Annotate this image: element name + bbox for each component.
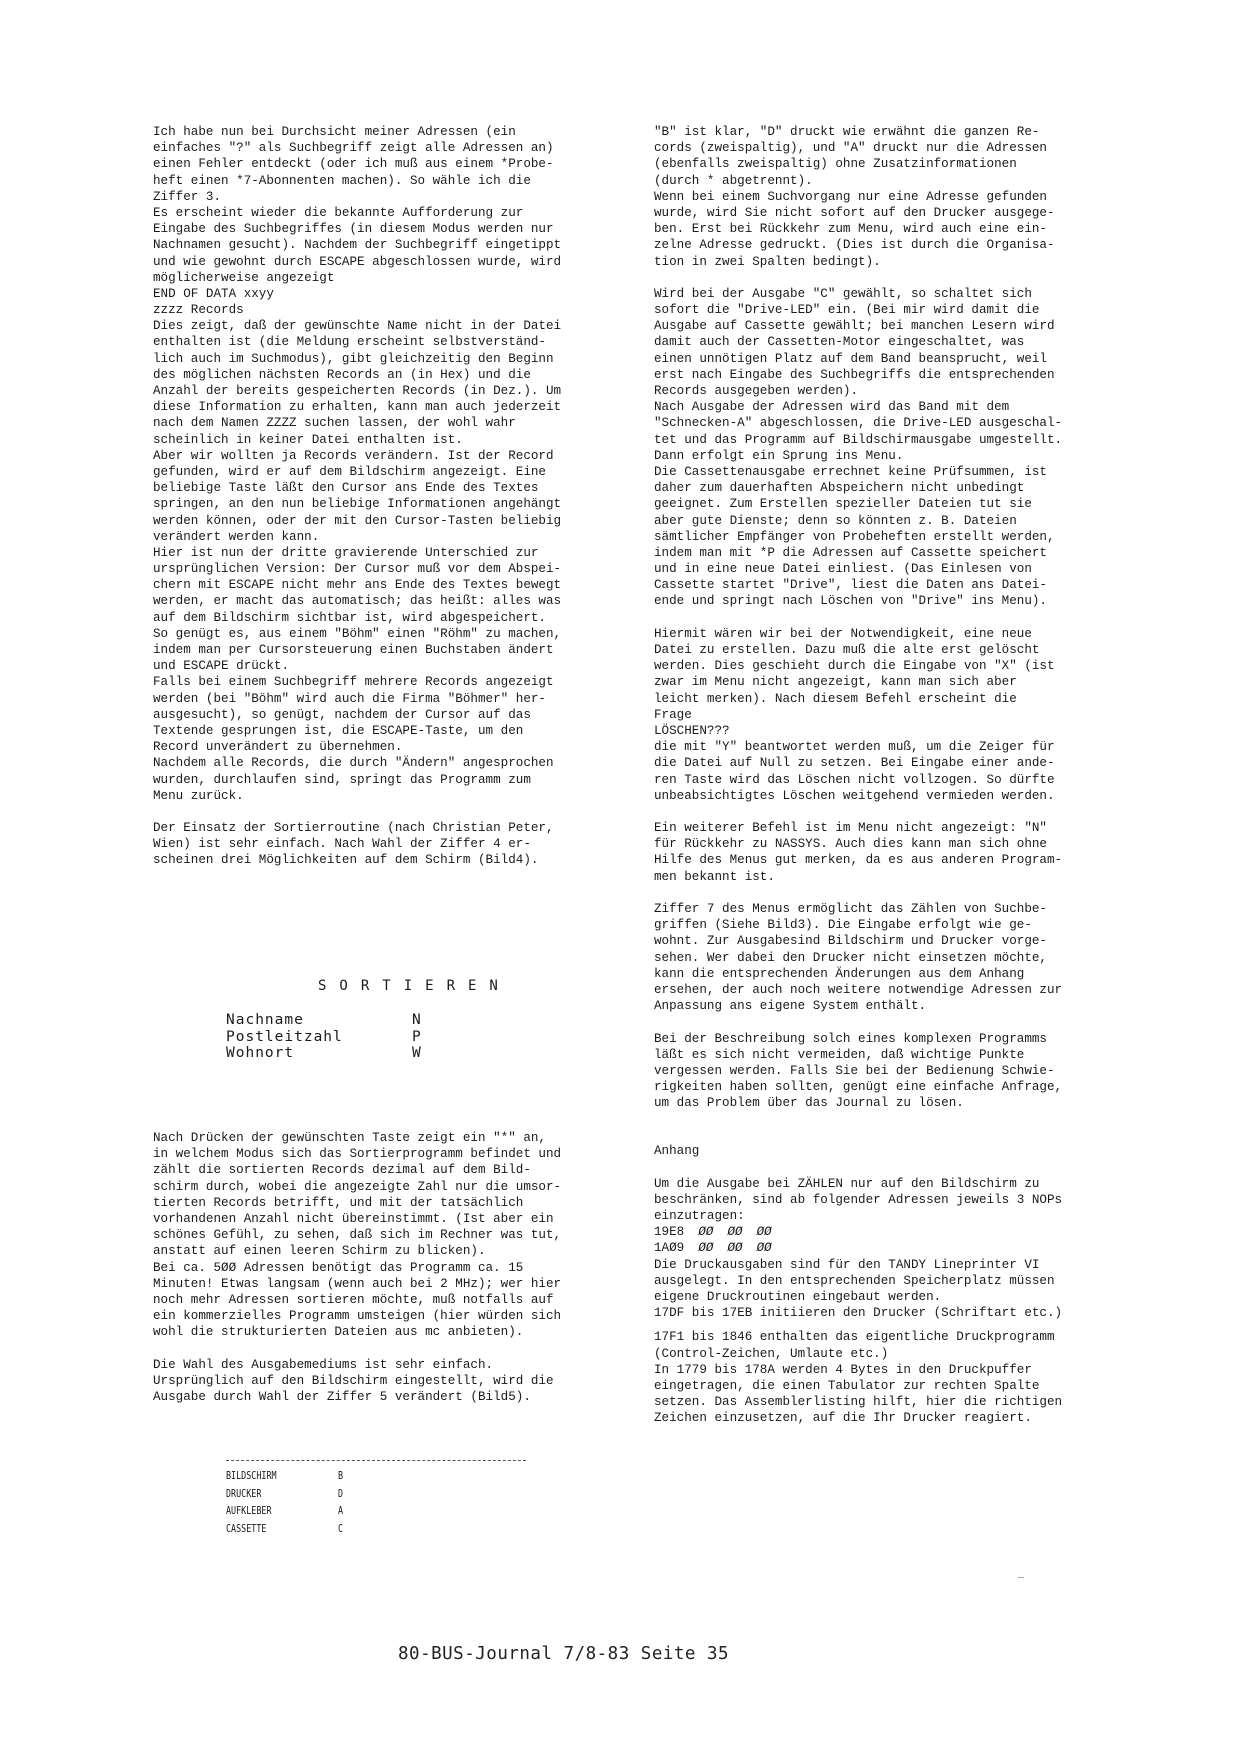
text-line: Dann erfolgt ein Sprung ins Menu. — [654, 448, 1094, 464]
text-line: In 1779 bis 178A werden 4 Bytes in den D… — [654, 1362, 1094, 1378]
text-line: auf dem Bildschirm sichtbar ist, wird ab… — [153, 610, 593, 626]
hex-address: 1AØ9 — [654, 1240, 684, 1256]
text-line: (durch * abgetrennt). — [654, 173, 1094, 189]
text-line: Aber wir wollten ja Records verändern. I… — [153, 448, 593, 464]
text-line: werden, er macht das automatisch; das he… — [153, 593, 593, 609]
sort-option-label: Postleitzahl — [226, 1029, 412, 1046]
sort-screen-menu: Nachname N Postleitzahl P Wohnort W — [226, 1012, 421, 1062]
text-line: Wien) ist sehr einfach. Nach Wahl der Zi… — [153, 836, 593, 852]
text-line: damit auch der Cassetten-Motor eingescha… — [654, 334, 1094, 350]
sort-screen-title: SORTIEREN — [318, 978, 511, 994]
hex-byte: ØØ — [756, 1240, 771, 1256]
text-line: ein kommerzielles Programm umsteigen (hi… — [153, 1308, 593, 1324]
page-footer: 80-BUS-Journal 7/8-83 Seite 35 — [398, 1644, 729, 1664]
text-line: Hier ist nun der dritte gravierende Unte… — [153, 545, 593, 561]
text-line: vergessen werden. Falls Sie bei der Bedi… — [654, 1063, 1094, 1079]
text-line: So genügt es, aus einem "Böhm" einen "Rö… — [153, 626, 593, 642]
text-line: Zeichen einzusetzen, auf die Ihr Drucker… — [654, 1410, 1094, 1426]
text-line: ende und springt nach Löschen von "Drive… — [654, 593, 1094, 609]
text-line: Anzahl der bereits gespeicherten Records… — [153, 383, 593, 399]
text-line: setzen. Das Assemblerlisting hilft, hier… — [654, 1394, 1094, 1410]
text-line: zelne Adresse gedruckt. (Dies ist durch … — [654, 237, 1094, 253]
hex-byte: ØØ — [727, 1224, 742, 1240]
text-line: Minuten! Etwas langsam (wenn auch bei 2 … — [153, 1276, 593, 1292]
left-text-block-1: Ich habe nun bei Durchsicht meiner Adres… — [153, 124, 593, 869]
text-line: indem man per Cursorsteuerung einen Buch… — [153, 642, 593, 658]
output-option-cassette: CASSETTE C — [226, 1521, 343, 1539]
text-line: kann die entsprechenden Änderungen aus d… — [654, 966, 1094, 982]
text-line: werden. Dies geschieht durch die Eingabe… — [654, 658, 1094, 674]
sort-option-key: N — [412, 1012, 421, 1029]
hex-byte: ØØ — [756, 1224, 771, 1240]
text-line — [654, 885, 1094, 901]
text-line: einen Fehler entdeckt (oder ich muß aus … — [153, 156, 593, 172]
text-line: enthalten ist (die Meldung erscheint sel… — [153, 334, 593, 350]
text-line: Dies zeigt, daß der gewünschte Name nich… — [153, 318, 593, 334]
text-line: (ebenfalls zweispaltig) ohne Zusatzinfor… — [654, 156, 1094, 172]
text-line: eigene Druckroutinen eingebaut werden. — [654, 1289, 1094, 1305]
text-line: vorhandenen Anzahl nicht übereinstimmt. … — [153, 1211, 593, 1227]
text-line: Record unverändert zu übernehmen. — [153, 739, 593, 755]
text-line: beschränken, sind ab folgender Adressen … — [654, 1192, 1094, 1208]
text-line: läßt es sich nicht vermeiden, daß wichti… — [654, 1047, 1094, 1063]
sort-option-label: Wohnort — [226, 1045, 412, 1062]
text-line: Die Druckausgaben sind für den TANDY Lin… — [654, 1257, 1094, 1273]
text-line: werden können, oder der mit den Cursor-T… — [153, 513, 593, 529]
output-option-key: A — [338, 1503, 343, 1521]
hex-entry: 1AØ9 ØØ ØØ ØØ — [654, 1240, 1094, 1256]
output-option-key: C — [338, 1521, 343, 1539]
text-line: Hilfe des Menus gut merken, da es aus an… — [654, 852, 1094, 868]
output-option-key: D — [338, 1486, 343, 1504]
text-line: nach dem Namen ZZZZ suchen lassen, der w… — [153, 415, 593, 431]
text-line: Ein weiterer Befehl ist im Menu nicht an… — [654, 820, 1094, 836]
hex-byte: ØØ — [727, 1240, 742, 1256]
text-line: LÖSCHEN??? — [654, 723, 1094, 739]
hex-entry: 19E8 ØØ ØØ ØØ — [654, 1224, 1094, 1240]
text-line: zählt die sortierten Records dezimal auf… — [153, 1162, 593, 1178]
text-line: Ursprünglich auf den Bildschirm eingeste… — [153, 1373, 593, 1389]
text-line — [153, 804, 593, 820]
text-line: zzzz Records — [153, 302, 593, 318]
text-line: einen unnötigen Platz auf dem Band beans… — [654, 351, 1094, 367]
text-line: wurde, wird Sie nicht sofort auf den Dru… — [654, 205, 1094, 221]
text-line: Ziffer 3. — [153, 189, 593, 205]
text-line: des möglichen nächsten Records an (in He… — [153, 367, 593, 383]
sort-option-label: Nachname — [226, 1012, 412, 1029]
appendix-text-2: 17F1 bis 1846 enthalten das eigentliche … — [654, 1329, 1094, 1426]
text-line: Falls bei einem Suchbegriff mehrere Reco… — [153, 674, 593, 690]
output-option-label: CASSETTE — [226, 1521, 338, 1539]
text-line: ausgelegt. In den entsprechenden Speiche… — [654, 1273, 1094, 1289]
text-line: möglicherweise angezeigt — [153, 270, 593, 286]
text-line: scheinen drei Möglichkeiten auf dem Schi… — [153, 852, 593, 868]
text-line: in welchem Modus sich das Sortierprogram… — [153, 1146, 593, 1162]
output-option-label: BILDSCHIRM — [226, 1468, 338, 1486]
text-line: die mit "Y" beantwortet werden muß, um d… — [654, 739, 1094, 755]
text-line: beliebige Taste läßt den Cursor ans Ende… — [153, 480, 593, 496]
text-line: leicht merken). Nach diesem Befehl ersch… — [654, 691, 1094, 707]
text-line: und ESCAPE drückt. — [153, 658, 593, 674]
text-line — [654, 270, 1094, 286]
text-line: Wenn bei einem Suchvorgang nur eine Adre… — [654, 189, 1094, 205]
text-line: ren Taste wird das Löschen nicht vollzog… — [654, 772, 1094, 788]
text-line: geeignet. Zum Erstellen spezieller Datei… — [654, 496, 1094, 512]
text-line: Eingabe des Suchbegriffes (in diesem Mod… — [153, 221, 593, 237]
text-line: Ausgabe auf Cassette gewählt; bei manche… — [654, 318, 1094, 334]
text-line: Ausgabe durch Wahl der Ziffer 5 veränder… — [153, 1389, 593, 1405]
text-line: Frage — [654, 707, 1094, 723]
right-text-block: "B" ist klar, "D" druckt wie erwähnt die… — [654, 124, 1094, 1111]
text-line: Anpassung ans eigene System enthält. — [654, 998, 1094, 1014]
appendix-intro: Um die Ausgabe bei ZÄHLEN nur auf den Bi… — [654, 1176, 1094, 1225]
text-line: griffen (Siehe Bild3). Die Eingabe erfol… — [654, 917, 1094, 933]
hex-byte: ØØ — [698, 1240, 713, 1256]
text-line: Datei zu erstellen. Dazu muß die alte er… — [654, 642, 1094, 658]
text-line: Die Cassettenausgabe errechnet keine Prü… — [654, 464, 1094, 480]
text-line: gefunden, wird er auf dem Bildschirm ang… — [153, 464, 593, 480]
text-line: eingetragen, die einen Tabulator zur rec… — [654, 1378, 1094, 1394]
output-screen: BILDSCHIRM B DRUCKER D AUFKLEBER A CASSE… — [226, 1468, 372, 1538]
output-option-label: AUFKLEBER — [226, 1503, 338, 1521]
text-line: (Control-Zeichen, Umlaute etc.) — [654, 1346, 1094, 1362]
text-line: tierten Records betrifft, und mit der ta… — [153, 1195, 593, 1211]
text-line: schönes Gefühl, zu sehen, daß sich im Re… — [153, 1227, 593, 1243]
text-line: sämtlicher Empfänger von Probeheften ers… — [654, 529, 1094, 545]
text-line: Der Einsatz der Sortierroutine (nach Chr… — [153, 820, 593, 836]
text-line: Nach Ausgabe der Adressen wird das Band … — [654, 399, 1094, 415]
text-line: Ich habe nun bei Durchsicht meiner Adres… — [153, 124, 593, 140]
text-line: tet und das Programm auf Bildschirmausga… — [654, 432, 1094, 448]
text-line: cords (zweispaltig), und "A" druckt nur … — [654, 140, 1094, 156]
appendix-text: Die Druckausgaben sind für den TANDY Lin… — [654, 1257, 1094, 1322]
text-line: Nach Drücken der gewünschten Taste zeigt… — [153, 1130, 593, 1146]
text-line: rigkeiten haben sollten, genügt eine ein… — [654, 1079, 1094, 1095]
text-line: 17DF bis 17EB initiieren den Drucker (Sc… — [654, 1305, 1094, 1321]
output-option-key: B — [338, 1468, 343, 1486]
text-line: Wird bei der Ausgabe "C" gewählt, so sch… — [654, 286, 1094, 302]
text-line: indem man mit *P die Adressen auf Casset… — [654, 545, 1094, 561]
sort-option-key: W — [412, 1045, 421, 1062]
text-line: wurden, durchlaufen sind, springt das Pr… — [153, 772, 593, 788]
text-line: aber gute Dienste; denn so könnten z. B.… — [654, 513, 1094, 529]
text-line: Ziffer 7 des Menus ermöglicht das Zählen… — [654, 901, 1094, 917]
appendix-heading: Anhang — [654, 1143, 1094, 1159]
text-line: diese Information zu erhalten, kann man … — [153, 399, 593, 415]
text-line: wohl die strukturierten Dateien aus mc a… — [153, 1324, 593, 1340]
text-line: Menu zurück. — [153, 788, 593, 804]
text-line: für Rückkehr zu NASSYS. Auch dies kann m… — [654, 836, 1094, 852]
text-line: ersehen, der auch noch weitere notwendig… — [654, 982, 1094, 998]
text-line: lich auch im Suchmodus), gibt gleichzeit… — [153, 351, 593, 367]
text-line: "Schnecken-A" abgeschlossen, die Drive-L… — [654, 415, 1094, 431]
text-line: Bei der Beschreibung solch eines komplex… — [654, 1031, 1094, 1047]
text-line: Nachdem alle Records, die durch "Ändern"… — [153, 755, 593, 771]
sort-option-city: Wohnort W — [226, 1045, 421, 1062]
text-line — [654, 1014, 1094, 1030]
text-line: scheinlich in keiner Datei enthalten ist… — [153, 432, 593, 448]
text-line: Bei ca. 5ØØ Adressen benötigt das Progra… — [153, 1260, 593, 1276]
text-line: anstatt auf einen leeren Schirm zu blick… — [153, 1243, 593, 1259]
text-line: die Datei auf Null zu setzen. Bei Eingab… — [654, 755, 1094, 771]
text-line: 17F1 bis 1846 enthalten das eigentliche … — [654, 1329, 1094, 1345]
text-line: erst nach Eingabe des Suchbegriffs die e… — [654, 367, 1094, 383]
left-text-block-2: Nach Drücken der gewünschten Taste zeigt… — [153, 1130, 593, 1405]
text-line: schirm durch, wobei die angezeigte Zahl … — [153, 1179, 593, 1195]
right-column: "B" ist klar, "D" druckt wie erwähnt die… — [654, 124, 1094, 1426]
text-line: Es erscheint wieder die bekannte Aufford… — [153, 205, 593, 221]
text-line: zwar im Menu nicht angezeigt, kann man s… — [654, 674, 1094, 690]
text-line: und wie gewohnt durch ESCAPE abgeschloss… — [153, 254, 593, 270]
text-line: unbeabsichtigtes Löschen weitgehend verm… — [654, 788, 1094, 804]
text-line — [654, 610, 1094, 626]
text-line: und in eine neue Datei einliest. (Das Ei… — [654, 561, 1094, 577]
text-line: ursprünglichen Version: Der Cursor muß v… — [153, 561, 593, 577]
output-option-label: DRUCKER — [226, 1486, 338, 1504]
text-line: Cassette startet "Drive", liest die Date… — [654, 577, 1094, 593]
text-line: wohnt. Zur Ausgabesind Bildschirm und Dr… — [654, 933, 1094, 949]
text-line: werden (bei "Böhm" wird auch die Firma "… — [153, 691, 593, 707]
text-line: "B" ist klar, "D" druckt wie erwähnt die… — [654, 124, 1094, 140]
text-line: sofort die "Drive-LED" ein. (Bei mir wir… — [654, 302, 1094, 318]
sort-option-key: P — [412, 1029, 421, 1046]
text-line: END OF DATA xxyy — [153, 286, 593, 302]
text-line: verändert werden kann. — [153, 529, 593, 545]
text-line: tion in zwei Spalten bedingt). — [654, 254, 1094, 270]
text-line: Nachnamen gesucht). Nachdem der Suchbegr… — [153, 237, 593, 253]
text-line: men bekannt ist. — [654, 869, 1094, 885]
text-line: springen, an den nun beliebige Informati… — [153, 496, 593, 512]
output-option-screen: BILDSCHIRM B — [226, 1468, 343, 1486]
hex-address: 19E8 — [654, 1224, 684, 1240]
sort-option-lastname: Nachname N — [226, 1012, 421, 1029]
text-line: um das Problem über das Journal zu lösen… — [654, 1095, 1094, 1111]
output-option-label-sticker: AUFKLEBER A — [226, 1503, 343, 1521]
output-option-printer: DRUCKER D — [226, 1486, 343, 1504]
divider — [226, 1460, 526, 1461]
text-line: noch mehr Adressen sortieren möchte, muß… — [153, 1292, 593, 1308]
left-column: Ich habe nun bei Durchsicht meiner Adres… — [153, 124, 593, 869]
text-line: Um die Ausgabe bei ZÄHLEN nur auf den Bi… — [654, 1176, 1094, 1192]
text-line: einzutragen: — [654, 1208, 1094, 1224]
margin-mark — [1018, 1577, 1024, 1578]
text-line — [153, 1340, 593, 1356]
text-line: Hiermit wären wir bei der Notwendigkeit,… — [654, 626, 1094, 642]
text-line: sehen. Wer dabei den Drucker nicht einse… — [654, 950, 1094, 966]
hex-byte: ØØ — [698, 1224, 713, 1240]
text-line: heft einen *7-Abonnenten machen). So wäh… — [153, 173, 593, 189]
sort-option-zip: Postleitzahl P — [226, 1029, 421, 1046]
text-line: daher zum dauerhaften Abspeichern nicht … — [654, 480, 1094, 496]
text-line: chern mit ESCAPE nicht mehr ans Ende des… — [153, 577, 593, 593]
text-line — [654, 804, 1094, 820]
text-line: Records ausgegeben werden). — [654, 383, 1094, 399]
text-line: Textende gesprungen ist, die ESCAPE-Tast… — [153, 723, 593, 739]
text-line: Die Wahl des Ausgabemediums ist sehr ein… — [153, 1357, 593, 1373]
text-line: einfaches "?" als Suchbegriff zeigt alle… — [153, 140, 593, 156]
text-line: ausgesucht), so genügt, nachdem der Curs… — [153, 707, 593, 723]
left-column-lower: Nach Drücken der gewünschten Taste zeigt… — [153, 1130, 593, 1405]
text-line: ben. Erst bei Rückkehr zum Menu, wird au… — [654, 221, 1094, 237]
